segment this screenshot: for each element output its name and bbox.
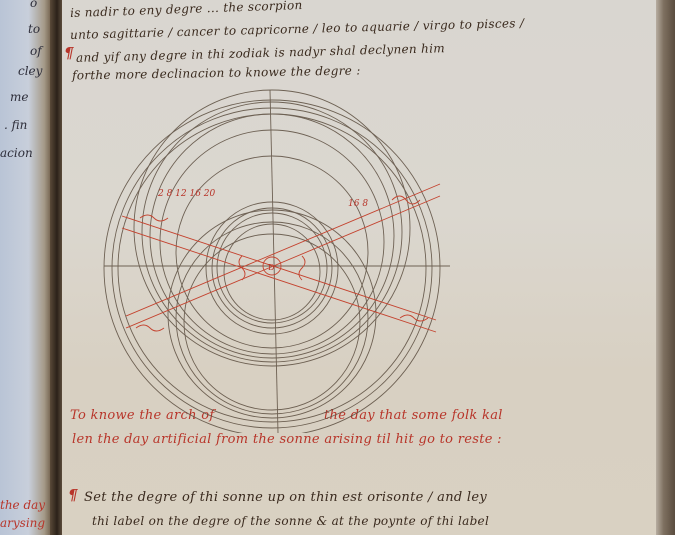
margin-fragment: of [30,44,42,58]
paragraph-mark: ¶ [64,44,74,62]
margin-fragment: cley [18,64,42,78]
margin-fragment: . fin [4,118,27,132]
top-text-line: is nadir to eny degre ... the scorpion [70,0,303,20]
left-page: o to of cley me . fin acion the day arys… [0,0,52,535]
paragraph-mark: ¶ [68,486,78,504]
margin-fragment: o [30,0,37,10]
margin-fragment: me [10,90,28,104]
margin-fragment: acion [0,146,33,160]
body-text-line: Set the degre of thi sonne up on thin es… [84,490,487,505]
top-text-line: unto sagittarie / cancer to capricorne /… [70,16,525,42]
top-text-line: and yif any degre in thi zodiak is nadyr… [76,41,445,65]
degree-labels-right: 16 8 [348,199,368,209]
margin-fragment-red: the day [0,498,45,512]
rubric-heading-line: len the day artificial from the sonne ar… [72,432,502,447]
page-edges [656,0,675,535]
center-label: D [268,263,274,272]
margin-fragment-red: arysing [0,516,45,530]
body-text-line: thi label on the degre of the sonne & at… [92,514,489,528]
margin-fragment: to [28,22,40,36]
top-text-line: forthe more declinacion to knowe the deg… [72,63,361,82]
degree-labels-left: 2 8 12 16 20 [157,189,216,199]
astrolabe-diagram: 2 8 12 16 20 16 8 D 6 [100,88,460,433]
